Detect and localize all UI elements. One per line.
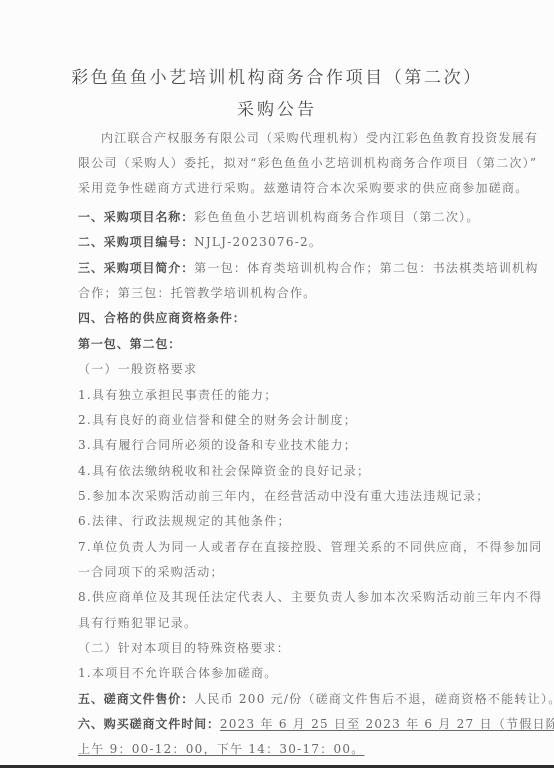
intro-line-1: 内江联合产权服务有限公司（采购代理机构）受内江彩色鱼教育投资发展有	[101, 131, 538, 145]
packages-heading: 第一包、第二包：	[78, 337, 181, 351]
section-value: 彩色鱼鱼小艺培训机构商务合作项目（第二次）。	[194, 210, 480, 224]
section-label: 一、采购项目名称：	[78, 210, 194, 224]
requirement-item: 4.具有依法缴纳税收和社会保障资金的良好记录；	[78, 464, 370, 478]
section-project-summary: 三、采购项目简介：第一包：体育类培训机构合作；第二包：书法棋类培训机构	[78, 261, 539, 275]
section-label: 六、购买磋商文件时间：	[78, 717, 220, 731]
section-document-price: 五、磋商文件售价：人民币 200 元/份（磋商文件售后不退，磋商资格不能转让）。	[78, 692, 554, 706]
section-value: 人民币 200 元/份（磋商文件售后不退，磋商资格不能转让）。	[194, 692, 554, 706]
requirement-item: 8.供应商单位及其现任法定代表人、主要负责人参加本次采购活动前三年内不得	[78, 590, 542, 604]
scanned-document-page: 彩色鱼鱼小艺培训机构商务合作项目（第二次） 采购公告 内江联合产权服务有限公司（…	[0, 0, 554, 768]
section-supplier-qualifications: 四、合格的供应商资格条件：	[78, 311, 246, 325]
requirement-item: 5.参加本次采购活动前三年内，在经营活动中没有重大违法违规记录；	[78, 489, 489, 503]
section-value: 2023 年 6 月 25 日至 2023 年 6 月 27 日（节假日除外），	[220, 717, 554, 731]
section-project-number: 二、采购项目编号：NJLJ-2023076-2。	[78, 235, 322, 249]
document-subtitle: 采购公告	[0, 95, 554, 120]
section-purchase-time: 六、购买磋商文件时间：2023 年 6 月 25 日至 2023 年 6 月 2…	[78, 717, 554, 731]
intro-line-2: 限公司（采购人）委托，拟对“彩色鱼鱼小艺培训机构商务合作项目（第二次）”	[78, 156, 537, 170]
requirement-item: 6.法律、行政法规规定的其他条件；	[78, 514, 291, 528]
section-label: 二、采购项目编号：	[78, 235, 194, 249]
requirement-item-cont: 具有行贿犯罪记录。	[78, 616, 197, 630]
document-title: 彩色鱼鱼小艺培训机构商务合作项目（第二次）	[0, 63, 554, 88]
section-label: 三、采购项目简介：	[78, 261, 194, 275]
special-requirement-item: 1.本项目不允许联合体参加磋商。	[78, 666, 277, 680]
requirement-item: 1.具有独立承担民事责任的能力；	[78, 388, 277, 402]
requirement-item: 2.具有良好的商业信誉和健全的财务会计制度；	[78, 413, 357, 427]
requirement-item: 7.单位负责人为同一人或者存在直接控股、管理关系的不同供应商，不得参加同	[78, 540, 542, 554]
section-value: 上午 9：00-12：00，下午 14：30-17：00。	[78, 742, 365, 756]
section-label: 五、磋商文件售价：	[78, 692, 194, 706]
requirement-item-cont: 一合同项下的采购活动；	[78, 565, 224, 579]
general-requirements-heading: （一）一般资格要求	[78, 362, 197, 376]
section-project-summary-cont: 合作；第三包：托管教学培训机构合作。	[78, 286, 317, 300]
section-project-name: 一、采购项目名称：彩色鱼鱼小艺培训机构商务合作项目（第二次）。	[78, 210, 480, 224]
section-purchase-time-cont: 上午 9：00-12：00，下午 14：30-17：00。	[78, 742, 365, 756]
section-value: NJLJ-2023076-2。	[194, 235, 322, 249]
requirement-item: 3.具有履行合同所必须的设备和专业技术能力；	[78, 438, 357, 452]
section-value: 第一包：体育类培训机构合作；第二包：书法棋类培训机构	[194, 261, 539, 275]
special-requirements-heading: （二）针对本项目的特殊资格要求：	[78, 641, 290, 655]
intro-line-3: 采用竞争性磋商方式进行采购。兹邀请符合本次采购要求的供应商参加磋商。	[78, 181, 529, 195]
